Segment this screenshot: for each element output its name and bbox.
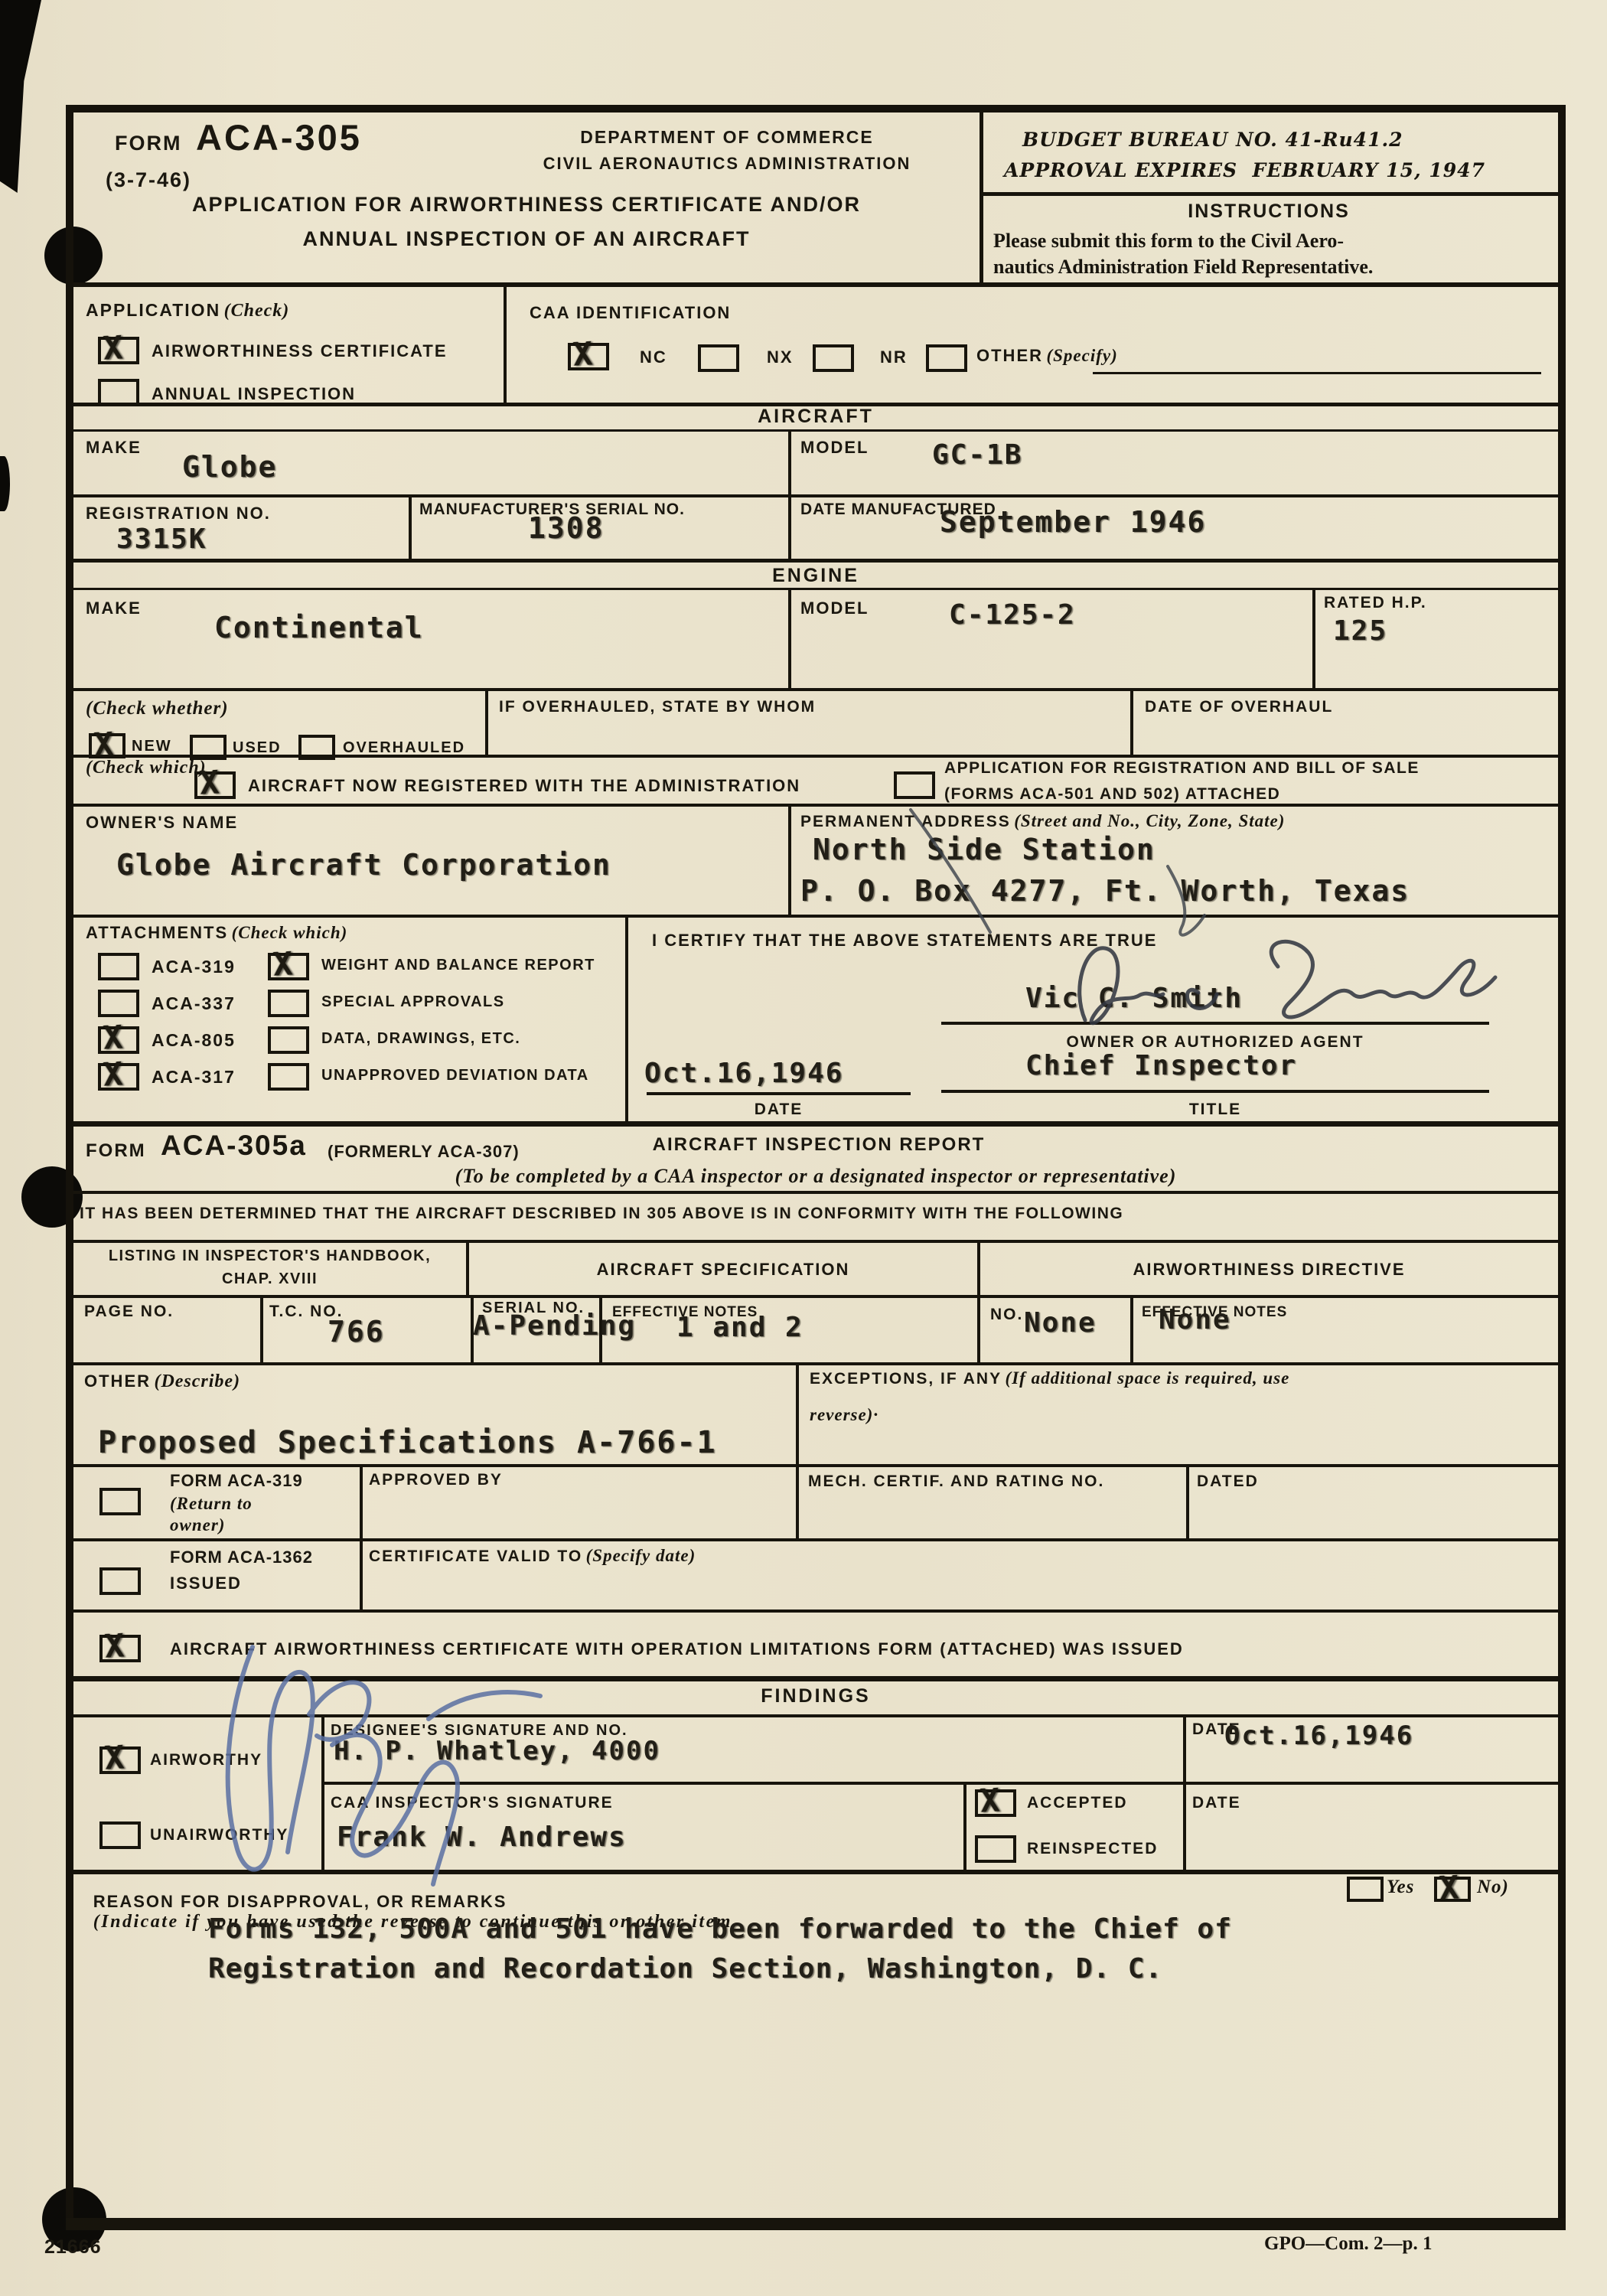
other-id-label: OTHER (Specify) — [976, 346, 1118, 366]
issued-label: ISSUED — [170, 1574, 242, 1593]
data-drawings-label: DATA, DRAWINGS, ETC. — [321, 1030, 520, 1048]
exceptions-section-label: EXCEPTIONS, IF ANY — [810, 1370, 1002, 1388]
divider — [73, 1538, 1558, 1541]
divider — [73, 429, 1558, 432]
airworthiness-certificate-label: AIRWORTHINESS CERTIFICATE — [152, 341, 448, 361]
check-whether-note: (Check whether) — [86, 698, 229, 719]
divider — [796, 1365, 799, 1466]
budget-bureau-no: BUDGET BUREAU NO. 41-Ru41.2 — [1022, 129, 1403, 151]
aca-317-checkbox[interactable] — [98, 1063, 139, 1091]
overhauled-by-whom-label: IF OVERHAULED, STATE BY WHOM — [499, 698, 816, 716]
registered-label: AIRCRAFT NOW REGISTERED WITH THE ADMINIS… — [248, 776, 800, 796]
special-approvals-label: SPECIAL APPROVALS — [321, 993, 505, 1011]
title-label: TITLE — [941, 1101, 1489, 1119]
aca-319-label: ACA-319 — [152, 957, 236, 977]
unapproved-deviation-checkbox[interactable] — [268, 1063, 309, 1091]
valid-to-label: CERTIFICATE VALID TO — [369, 1548, 582, 1565]
title-line[interactable] — [941, 1090, 1489, 1093]
divider — [73, 1362, 1558, 1365]
date-line[interactable] — [647, 1092, 911, 1095]
scan-edge-artifact — [0, 0, 41, 193]
divider — [409, 497, 412, 560]
engine-used-label: USED — [233, 739, 282, 757]
return-to-note1: (Return to — [170, 1494, 253, 1514]
form-border-bottom — [66, 2218, 1566, 2230]
divider — [504, 287, 507, 404]
engine-make-label: MAKE — [86, 598, 142, 618]
owner-name-value[interactable]: Globe Aircraft Corporation — [116, 848, 611, 882]
divider — [73, 282, 1558, 287]
aca-337-checkbox[interactable] — [98, 990, 139, 1017]
form-title-line1: APPLICATION FOR AIRWORTHINESS CERTIFICAT… — [73, 193, 980, 217]
reverse-no-label: No) — [1477, 1877, 1509, 1898]
directive-no-value[interactable]: None — [1024, 1307, 1097, 1339]
airworthiness-certificate-checkbox[interactable] — [98, 337, 139, 364]
divider — [73, 559, 1558, 563]
scan-edge-artifact — [0, 456, 10, 511]
signer-title-value[interactable]: Chief Inspector — [1025, 1050, 1297, 1081]
aca-805-checkbox[interactable] — [98, 1026, 139, 1054]
instructions-line1: Please submit this form to the Civil Aer… — [993, 230, 1344, 253]
dated-label: DATED — [1197, 1473, 1259, 1491]
attachments-check-note: (Check which) — [232, 923, 348, 942]
form-aca-1362-checkbox[interactable] — [99, 1567, 141, 1595]
reverse-yes-checkbox[interactable] — [1347, 1877, 1384, 1902]
special-approvals-checkbox[interactable] — [268, 990, 309, 1017]
report-subtitle: (To be completed by a CAA inspector or a… — [73, 1165, 1558, 1188]
caa-identification-label: CAA IDENTIFICATION — [530, 303, 731, 323]
other-checkbox[interactable] — [926, 344, 967, 372]
date-manufactured-value[interactable]: September 1946 — [940, 505, 1206, 539]
weight-balance-checkbox[interactable] — [268, 953, 309, 980]
accepted-label: ACCEPTED — [1027, 1794, 1128, 1812]
data-drawings-checkbox[interactable] — [268, 1026, 309, 1054]
engine-make-value[interactable]: Continental — [214, 611, 424, 644]
other-label: OTHER — [976, 346, 1043, 365]
divider — [260, 1298, 263, 1364]
form-aca-319-checkbox[interactable] — [99, 1488, 141, 1515]
aircraft-model-value[interactable]: GC-1B — [932, 439, 1022, 471]
bill-of-sale-checkbox[interactable] — [894, 771, 935, 799]
divider — [1183, 1717, 1186, 1871]
registered-checkbox[interactable] — [194, 771, 236, 799]
divider — [796, 1467, 799, 1540]
engine-new-label: NEW — [132, 738, 172, 755]
engine-band: ENGINE — [73, 565, 1558, 587]
application-label: APPLICATION — [86, 300, 220, 320]
exceptions-label: EXCEPTIONS, IF ANY (If additional space … — [810, 1368, 1544, 1388]
approval-expires: APPROVAL EXPIRES FEBRUARY 15, 1947 — [1004, 159, 1485, 181]
divider — [788, 590, 791, 690]
report-title: AIRCRAFT INSPECTION REPORT — [490, 1134, 1148, 1156]
divider — [980, 113, 983, 285]
registration-no-value[interactable]: 3315K — [116, 523, 207, 555]
annual-inspection-label: ANNUAL INSPECTION — [152, 384, 356, 404]
print-code: 21666 — [44, 2236, 102, 2258]
reverse-no-checkbox[interactable] — [1434, 1877, 1471, 1902]
airworthy-checkbox[interactable] — [99, 1746, 141, 1774]
aircraft-band: AIRCRAFT — [73, 406, 1558, 428]
engine-model-value[interactable]: C-125-2 — [949, 599, 1076, 631]
aca-317-label: ACA-317 — [152, 1067, 236, 1088]
engine-overhauled-label: OVERHAULED — [343, 739, 465, 757]
divider — [1312, 590, 1315, 690]
divider — [73, 1609, 1558, 1613]
conformity-statement: IT HAS BEEN DETERMINED THAT THE AIRCRAFT… — [80, 1205, 1123, 1223]
certify-date-value[interactable]: Oct.16,1946 — [644, 1058, 843, 1089]
rated-hp-value[interactable]: 125 — [1333, 615, 1387, 647]
department-line: DEPARTMENT OF COMMERCE — [474, 127, 980, 148]
mech-certif-label: MECH. CERTIF. AND RATING NO. — [808, 1473, 1104, 1491]
form-aca-319-label: FORM ACA-319 — [170, 1471, 303, 1491]
divider — [73, 588, 1558, 590]
divider — [1130, 691, 1133, 756]
findings-date2-label: DATE — [1192, 1794, 1241, 1812]
other-describe-label: OTHER (Describe) — [84, 1371, 240, 1392]
aircraft-make-value[interactable]: Globe — [182, 450, 277, 484]
divider — [73, 1240, 1558, 1243]
other-section-label: OTHER — [84, 1371, 151, 1391]
application-check-note: (Check) — [224, 301, 290, 321]
date-label: DATE — [647, 1101, 911, 1119]
certificate-issued-checkbox[interactable] — [99, 1635, 141, 1662]
nx-label: NX — [767, 347, 794, 367]
form-aca-1362-label: FORM ACA-1362 — [170, 1548, 313, 1567]
divider — [73, 494, 1558, 497]
directive-no-label: NO. — [990, 1306, 1023, 1324]
divider — [788, 807, 791, 916]
divider — [73, 755, 1558, 758]
scanned-form-page: FORM ACA-305 (3-7-46) DEPARTMENT OF COMM… — [0, 0, 1607, 2296]
engine-new-checkbox[interactable] — [89, 733, 125, 758]
mfr-serial-value[interactable]: 1308 — [528, 511, 605, 545]
instructions-line2: nautics Administration Field Representat… — [993, 256, 1373, 279]
unapproved-deviation-label: UNAPPROVED DEVIATION DATA — [321, 1067, 589, 1084]
form-number: ACA-305 — [196, 116, 362, 158]
exceptions-note2: reverse)· — [810, 1405, 878, 1425]
aircraft-model-label: MODEL — [800, 438, 869, 458]
nc-checkbox[interactable] — [568, 343, 609, 370]
engine-model-label: MODEL — [800, 598, 869, 618]
registration-no-label: REGISTRATION NO. — [86, 504, 271, 523]
handbook-col-label1: LISTING IN INSPECTOR'S HANDBOOK, — [73, 1247, 466, 1265]
rated-hp-label: RATED H.P. — [1324, 594, 1427, 612]
reinspected-label: REINSPECTED — [1027, 1840, 1158, 1858]
certificate-valid-label: CERTIFICATE VALID TO (Specify date) — [369, 1546, 696, 1566]
nx-checkbox[interactable] — [698, 344, 739, 372]
effective-notes2-value[interactable]: None — [1159, 1304, 1231, 1336]
divider — [485, 691, 488, 756]
check-which-note: (Check which) — [86, 758, 207, 778]
annual-inspection-checkbox[interactable] — [98, 379, 139, 406]
nc-label: NC — [640, 347, 667, 367]
instructions-title: INSTRUCTIONS — [980, 201, 1558, 223]
divider — [73, 1464, 1558, 1467]
accepted-checkbox[interactable] — [975, 1789, 1016, 1817]
divider — [963, 1785, 966, 1871]
page-no-label: PAGE NO. — [84, 1303, 174, 1321]
form-title-line2: ANNUAL INSPECTION OF AN AIRCRAFT — [73, 227, 980, 251]
divider — [980, 192, 1558, 196]
weight-balance-label: WEIGHT AND BALANCE REPORT — [321, 957, 595, 974]
divider — [73, 688, 1558, 691]
findings-date-value[interactable]: Oct.16,1946 — [1224, 1720, 1413, 1751]
divider — [73, 1295, 1558, 1298]
remarks-line2[interactable]: Registration and Recordation Section, Wa… — [208, 1953, 1162, 1985]
handbook-col-label2: CHAP. XVIII — [73, 1270, 466, 1288]
designee-signature-ink — [182, 1621, 595, 1896]
remarks-line1[interactable]: Forms 132, 500A and 501 have been forwar… — [208, 1913, 1232, 1945]
divider — [73, 915, 1558, 918]
gpo-imprint: GPO—Com. 2—p. 1 — [1264, 2233, 1432, 2255]
airworthiness-directive-col-label: AIRWORTHINESS DIRECTIVE — [980, 1260, 1558, 1280]
divider — [73, 1121, 1558, 1127]
tc-no-value[interactable]: 766 — [328, 1315, 385, 1349]
report-form-prefix: FORM — [86, 1140, 146, 1162]
divider — [1130, 1298, 1133, 1364]
aircraft-spec-col-label: AIRCRAFT SPECIFICATION — [469, 1260, 977, 1280]
return-to-note2: owner) — [170, 1515, 225, 1535]
aircraft-make-label: MAKE — [86, 438, 142, 458]
specify-date-note: (Specify date) — [586, 1546, 696, 1565]
owner-name-label: OWNER'S NAME — [86, 813, 238, 833]
exceptions-note1: (If additional space is required, use — [1006, 1368, 1290, 1388]
form-revision: (3-7-46) — [106, 168, 191, 192]
report-form-number: ACA-305a — [161, 1130, 307, 1162]
other-specify-line[interactable] — [1093, 372, 1541, 374]
application-section-label: APPLICATION (Check) — [86, 300, 289, 321]
divider — [73, 1191, 1558, 1194]
approved-by-label: APPROVED BY — [369, 1471, 503, 1489]
other-value[interactable]: Proposed Specifications A-766-1 — [98, 1425, 717, 1460]
aca-805-label: ACA-805 — [152, 1030, 236, 1051]
divider — [625, 918, 628, 1123]
date-of-overhaul-label: DATE OF OVERHAUL — [1145, 698, 1333, 716]
aca-337-label: ACA-337 — [152, 993, 236, 1014]
attachments-label: ATTACHMENTS — [86, 923, 228, 942]
other-specify-note: (Specify) — [1046, 346, 1117, 365]
nr-label: NR — [880, 347, 908, 367]
engine-used-checkbox[interactable] — [190, 735, 227, 760]
unairworthy-checkbox[interactable] — [99, 1821, 141, 1849]
engine-overhauled-checkbox[interactable] — [298, 735, 335, 760]
reverse-yes-label: Yes — [1387, 1877, 1414, 1898]
divider — [1186, 1467, 1189, 1540]
divider — [73, 804, 1558, 807]
bill-of-sale-label1: APPLICATION FOR REGISTRATION AND BILL OF… — [944, 759, 1420, 778]
effective-notes-value[interactable]: 1 and 2 — [676, 1312, 803, 1343]
form-prefix-label: FORM — [115, 132, 181, 155]
stray-pen-marks — [880, 796, 1263, 964]
reinspected-checkbox[interactable] — [975, 1835, 1016, 1863]
agency-line: CIVIL AERONAUTICS ADMINISTRATION — [474, 154, 980, 174]
attachments-section-label: ATTACHMENTS (Check which) — [86, 923, 347, 943]
other-describe-note: (Describe) — [154, 1371, 240, 1391]
aca-319-checkbox[interactable] — [98, 953, 139, 980]
nr-checkbox[interactable] — [813, 344, 854, 372]
